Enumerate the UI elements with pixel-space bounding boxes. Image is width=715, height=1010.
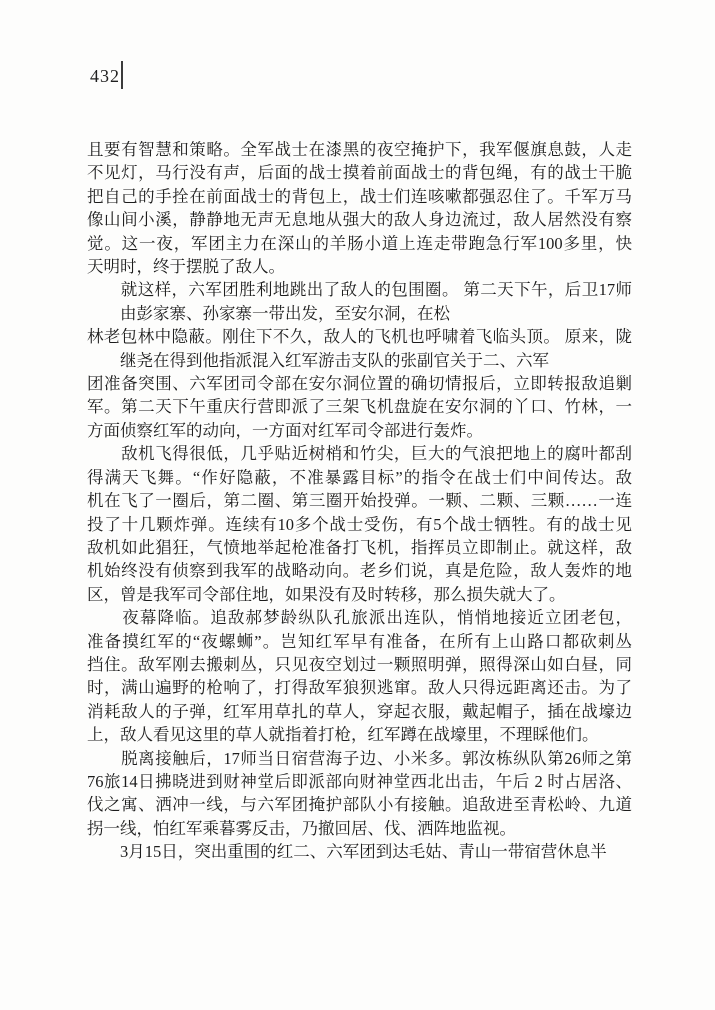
text-line: 伐之寓、洒冲一线，与六军团掩护部队小有接触。追敌进至青松岭、九道 (87, 793, 632, 816)
text-line: 上，敌人看见这里的草人就指着打枪，红军蹲在战壕里，不理睬他们。 (87, 723, 632, 746)
text-line: 机在飞了一圈后，第二圈、第三圈开始投弹。一颗、二颗、三颗……一连 (87, 489, 632, 512)
text-line: 夜幕降临。追敌郝梦龄纵队孔旅派出连队，悄悄地接近立团老包， (87, 606, 632, 629)
text-line: 准备摸红军的“夜螺蛳”。岂知红军早有准备，在所有上山路口都砍刺丛 (87, 630, 632, 653)
text-line: 林老包林中隐蔽。刚住下不久，敌人的飞机也呼啸着飞临头顶。 原来，陇 (87, 325, 632, 348)
text-line: 由彭家寨、孙家寨一带出发，至安尔洞，在松 (87, 302, 632, 325)
text-line: 天明时，终于摆脱了敌人。 (87, 255, 632, 278)
text-line: 军。第二天下午重庆行营即派了三架飞机盘旋在安尔洞的丫口、竹林，一 (87, 395, 632, 418)
body-text: 且要有智慧和策略。全军战士在漆黑的夜空掩护下，我军偃旗息鼓，人走 不见灯，马行没… (87, 138, 632, 864)
text-line: 就这样，六军团胜利地跳出了敌人的包围圈。 第二天下午，后卫17师 (87, 278, 632, 301)
book-page: 432 且要有智慧和策略。全军战士在漆黑的夜空掩护下，我军偃旗息鼓，人走 不见灯… (0, 0, 715, 1010)
text-line: 消耗敌人的子弹，红军用草扎的草人，穿起衣服，戴起帽子，插在战壕边 (87, 700, 632, 723)
text-line: 团准备突围、六军团司令部在安尔洞位置的确切情报后，立即转报敌追剿 (87, 372, 632, 395)
text-line: 3月15日，突出重围的红二、六军团到达毛姑、青山一带宿营休息半 (87, 840, 632, 863)
text-line: 觉。这一夜，军团主力在深山的羊肠小道上连走带跑急行军100多里，快 (87, 232, 632, 255)
text-line: 投了十几颗炸弹。连续有10多个战士受伤，有5个战士牺牲。有的战士见 (87, 513, 632, 536)
text-line: 敌机如此猖狂，气愤地举起枪准备打飞机，指挥员立即制止。就这样，敌 (87, 536, 632, 559)
text-line: 像山间小溪，静静地无声无息地从强大的敌人身边流过，敌人居然没有察 (87, 208, 632, 231)
text-line: 76旅14日拂晓进到财神堂后即派部向财神堂西北出击，午后 2 时占居洛、 (87, 770, 632, 793)
page-number: 432 (90, 67, 120, 85)
page-number-divider (121, 61, 123, 89)
text-line: 脱离接触后，17师当日宿营海子边、小米多。郭汝栋纵队第26师之第 (87, 747, 632, 770)
text-line: 不见灯，马行没有声，后面的战士摸着前面战士的背包绳，有的战士干脆 (87, 161, 632, 184)
text-line: 敌机飞得很低，几乎贴近树梢和竹尖，巨大的气浪把地上的腐叶都刮 (87, 442, 632, 465)
text-line: 得满天飞舞。“作好隐蔽，不准暴露目标”的指令在战士们中间传达。敌 (87, 466, 632, 489)
text-line: 区，曾是我军司令部住地，如果没有及时转移，那么损失就大了。 (87, 583, 632, 606)
text-line: 时，满山遍野的枪响了，打得敌军狼狈逃窜。敌人只得远距离还击。为了 (87, 676, 632, 699)
text-line: 把自己的手拴在前面战士的背包上，战士们连咳嗽都强忍住了。千军万马 (87, 185, 632, 208)
text-line: 拐一线，怕红军乘暮雾反击，乃撤回居、伐、洒阵地监视。 (87, 817, 632, 840)
text-line: 挡住。敌军刚去搬刺丛，只见夜空划过一颗照明弹，照得深山如白昼，同 (87, 653, 632, 676)
text-line: 继尧在得到他指派混入红军游击支队的张副官关于二、六军 (87, 349, 632, 372)
text-line: 且要有智慧和策略。全军战士在漆黑的夜空掩护下，我军偃旗息鼓，人走 (87, 138, 632, 161)
text-line: 方面侦察红军的动向，一方面对红军司令部进行轰炸。 (87, 419, 632, 442)
page-header: 432 (0, 0, 715, 100)
text-line: 机始终没有侦察到我军的战略动向。老乡们说，真是危险，敌人轰炸的地 (87, 559, 632, 582)
